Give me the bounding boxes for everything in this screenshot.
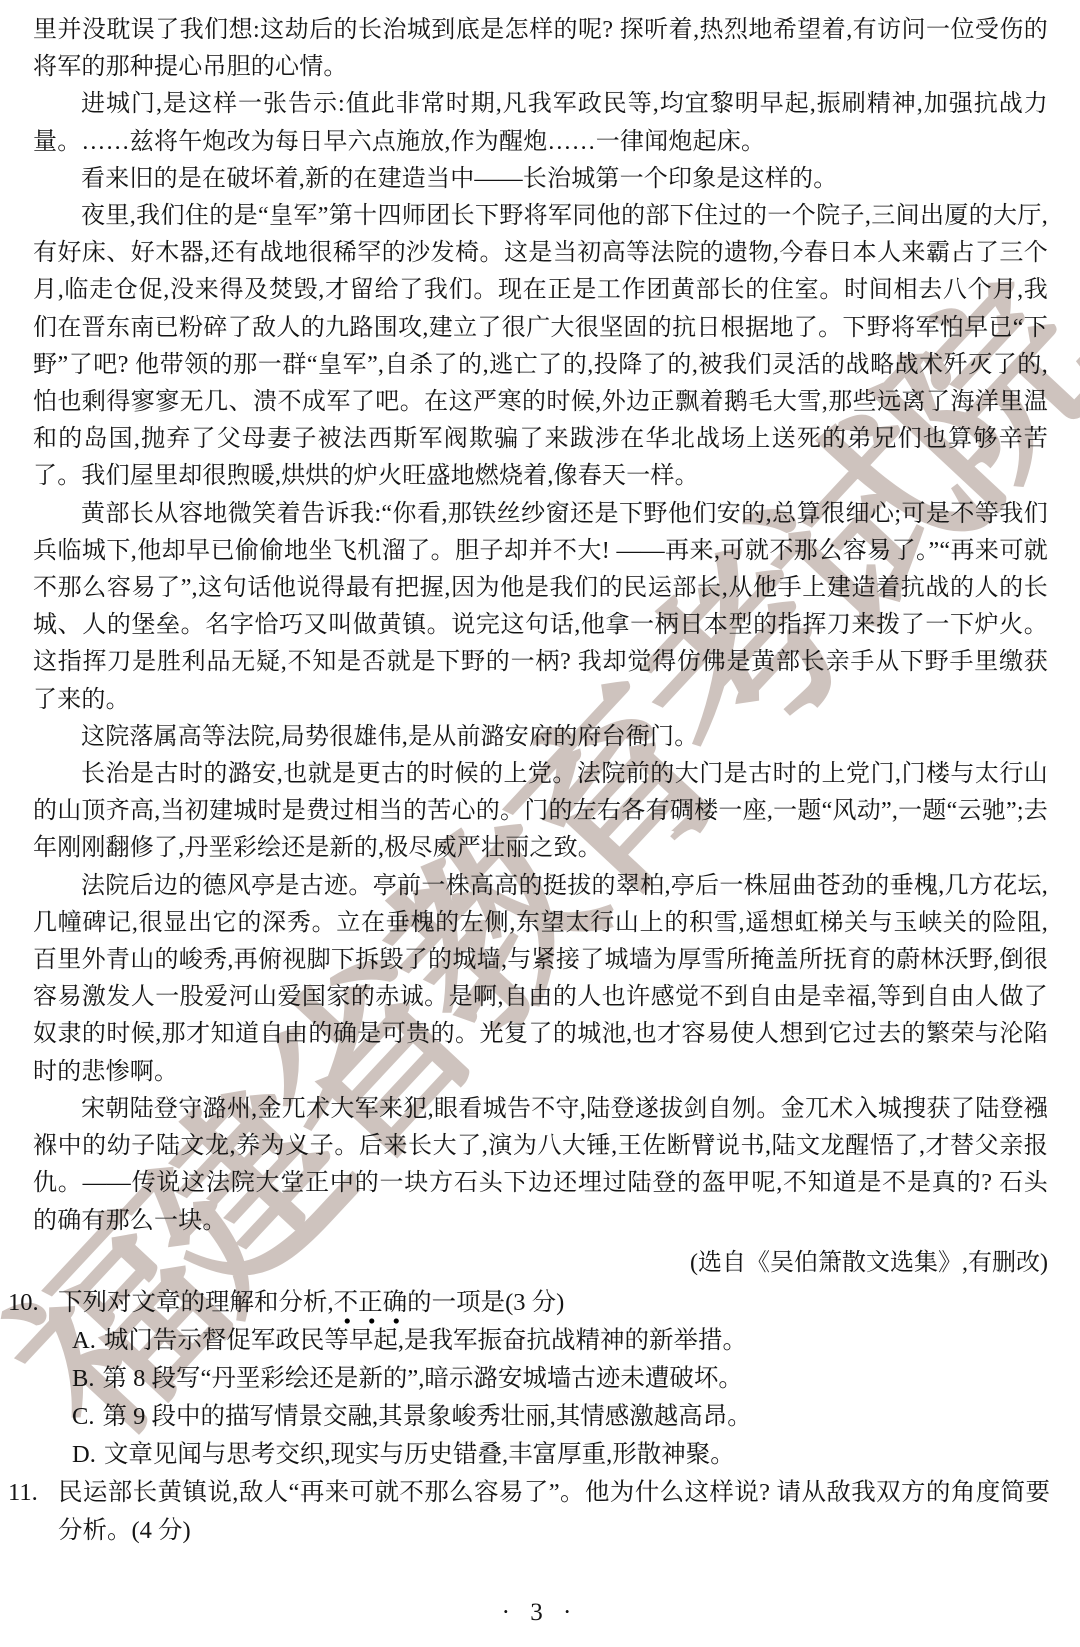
passage-paragraph: 夜里,我们住的是“皇军”第十四师团长下野将军同他的部下住过的一个院子,三间出厦的… bbox=[33, 198, 1048, 496]
question-10: 10. 下列对文章的理解和分析,不正确的一项是(3 分) A.城门告示督促军政民… bbox=[8, 1284, 1050, 1474]
exam-page: 里并没耽误了我们想:这劫后的长治城到底是怎样的呢? 探听着,热烈地希望着,有访问… bbox=[0, 0, 1080, 1550]
option-d: D.文章见闻与思考交织,现实与历史错叠,丰富厚重,形散神聚。 bbox=[72, 1436, 1050, 1474]
reading-passage: 里并没耽误了我们想:这劫后的长治城到底是怎样的呢? 探听着,热烈地希望着,有访问… bbox=[0, 0, 1080, 1240]
question-10-stem-emphasis: 不正确 bbox=[334, 1289, 408, 1325]
passage-paragraph: 看来旧的是在破坏着,新的在建造当中——长治城第一个印象是这样的。 bbox=[33, 161, 1048, 198]
source-attribution: (选自《吴伯箫散文选集》,有删改) bbox=[0, 1240, 1080, 1282]
passage-paragraph: 这院落属高等法院,局势很雄伟,是从前潞安府的府台衙门。 bbox=[33, 719, 1048, 756]
option-b-label: B. bbox=[72, 1365, 94, 1392]
option-b: B.第 8 段写“丹垩彩绘还是新的”,暗示潞安城墙古迹未遭破坏。 bbox=[72, 1360, 1050, 1398]
question-11-text: 民运部长黄镇说,敌人“再来可就不那么容易了”。他为什么这样说? 请从敌我双方的角… bbox=[58, 1474, 1050, 1550]
passage-paragraph: 法院后边的德风亭是古迹。亭前一株高高的挺拔的翠柏,亭后一株屈曲苍劲的垂槐,几方花… bbox=[33, 868, 1048, 1091]
option-a-label: A. bbox=[72, 1327, 96, 1354]
option-d-label: D. bbox=[72, 1441, 96, 1468]
passage-paragraph: 黄部长从容地微笑着告诉我:“你看,那铁丝纱窗还是下野他们安的,总算很细心;可是不… bbox=[33, 496, 1048, 719]
passage-paragraph: 宋朝陆登守潞州,金兀术大军来犯,眼看城告不守,陆登遂拔剑自刎。金兀术入城搜获了陆… bbox=[33, 1091, 1048, 1240]
option-d-text: 文章见闻与思考交织,现实与历史错叠,丰富厚重,形散神聚。 bbox=[104, 1441, 735, 1468]
question-10-body: 下列对文章的理解和分析,不正确的一项是(3 分) A.城门告示督促军政民等早起,… bbox=[58, 1284, 1050, 1474]
questions-section: 10. 下列对文章的理解和分析,不正确的一项是(3 分) A.城门告示督促军政民… bbox=[0, 1282, 1080, 1550]
question-11: 11. 民运部长黄镇说,敌人“再来可就不那么容易了”。他为什么这样说? 请从敌我… bbox=[8, 1474, 1050, 1550]
option-c-text: 第 9 段中的描写情景交融,其景象峻秀壮丽,其情感激越高昂。 bbox=[102, 1403, 751, 1430]
option-a-text: 城门告示督促军政民等早起,是我军振奋抗战精神的新举措。 bbox=[104, 1327, 747, 1354]
question-11-number: 11. bbox=[8, 1474, 58, 1512]
option-c-label: C. bbox=[72, 1403, 94, 1430]
option-b-text: 第 8 段写“丹垩彩绘还是新的”,暗示潞安城墙古迹未遭破坏。 bbox=[102, 1365, 742, 1392]
option-a: A.城门告示督促军政民等早起,是我军振奋抗战精神的新举措。 bbox=[72, 1322, 1050, 1360]
passage-paragraph: 长治是古时的潞安,也就是更古的时候的上党。法院前的大门是古时的上党门,门楼与太行… bbox=[33, 756, 1048, 868]
question-10-stem: 下列对文章的理解和分析,不正确的一项是(3 分) bbox=[58, 1284, 1050, 1322]
question-10-options: A.城门告示督促军政民等早起,是我军振奋抗战精神的新举措。 B.第 8 段写“丹… bbox=[58, 1322, 1050, 1474]
passage-paragraph: 进城门,是这样一张告示:值此非常时期,凡我军政民等,均宜黎明早起,振刷精神,加强… bbox=[33, 86, 1048, 160]
option-c: C.第 9 段中的描写情景交融,其景象峻秀壮丽,其情感激越高昂。 bbox=[72, 1398, 1050, 1436]
question-10-stem-prefix: 下列对文章的理解和分析, bbox=[58, 1289, 334, 1316]
question-10-stem-suffix: 的一项是(3 分) bbox=[407, 1289, 564, 1316]
page-number-footer: · 3 · bbox=[0, 1599, 1080, 1627]
question-10-number: 10. bbox=[8, 1284, 58, 1322]
passage-paragraph: 里并没耽误了我们想:这劫后的长治城到底是怎样的呢? 探听着,热烈地希望着,有访问… bbox=[33, 12, 1048, 86]
